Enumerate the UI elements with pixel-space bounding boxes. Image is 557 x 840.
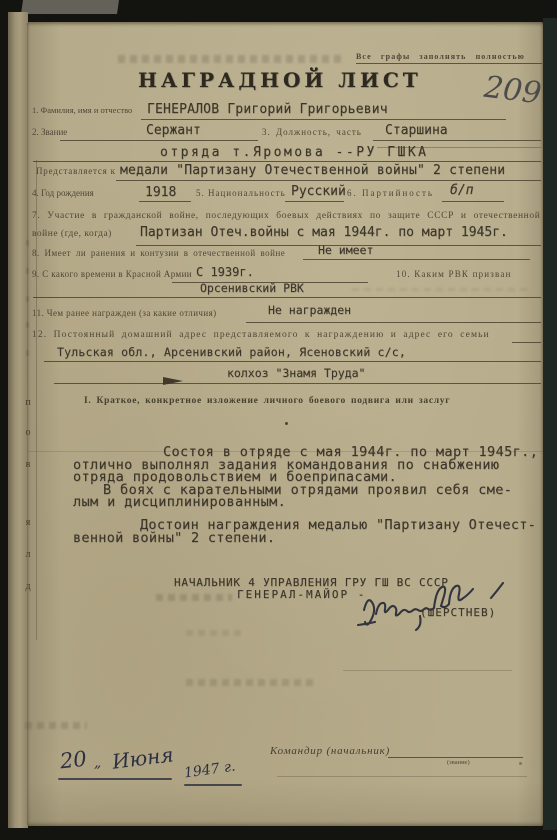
ink-underline <box>58 778 172 780</box>
field7-value: Партизан Отеч.войны с мая 1944г. по март… <box>140 226 508 239</box>
margin-mark <box>26 268 29 274</box>
faint-line <box>343 670 512 671</box>
field8-label: 8. Имеет ли ранения и контузии в отечест… <box>32 249 285 258</box>
field9-value: С 1939г. <box>196 266 254 278</box>
field12-value-1: Тульская обл., Арсенивский район, Ясенов… <box>57 347 406 359</box>
underline <box>33 161 541 162</box>
rank-hint: (звание) <box>447 760 470 767</box>
margin-letter: о <box>20 427 36 438</box>
page-number-handwritten: 209 <box>482 73 542 110</box>
document-title: НАГРАДНОЙ ЛИСТ <box>138 70 422 90</box>
field12-value-2: колхоз "Знамя Труда" <box>227 368 365 380</box>
field2-value: Сержант <box>146 124 201 137</box>
page-corner-under <box>21 0 119 14</box>
underline <box>303 259 530 260</box>
field1-label: 1. Фамилия, имя и отчество <box>32 106 132 115</box>
field5-value: Русский <box>291 185 346 198</box>
present-label: Представляется к <box>36 167 116 176</box>
page-edge-left <box>8 12 28 828</box>
commander-label: Командир (начальник) <box>270 746 390 757</box>
present-value: медали "Партизану Отечественной войны" 2… <box>120 164 505 177</box>
underline <box>116 180 541 181</box>
field1-value: ГЕНЕРАЛОВ Григорий Григорьевич <box>147 103 388 116</box>
field10-value: Орсенивский РВК <box>200 283 304 295</box>
underline <box>141 119 506 120</box>
approval-surname: (ШЕРСТНЕВ) <box>420 607 496 618</box>
section1-heading: I. Краткое, конкретное изложение личного… <box>84 397 450 407</box>
approval-line2: ГЕНЕРАЛ-МАЙОР - <box>237 589 366 600</box>
underline <box>60 140 258 141</box>
margin-letter: в <box>20 459 36 470</box>
ink-dot <box>519 762 522 765</box>
date-separator: „ <box>94 756 101 770</box>
underline <box>356 63 542 64</box>
field11-value: Не награжден <box>268 305 351 317</box>
underline <box>388 757 523 758</box>
margin-mark <box>26 322 29 328</box>
faint-marks <box>352 288 530 291</box>
field2-label: 2. Звание <box>32 128 67 137</box>
field3-value-cont: отряда т.Яромова --РУ ГШКА <box>160 146 429 159</box>
field4-value: 1918 <box>145 186 176 199</box>
scanned-document-photo: Все графы заполнять полностью НАГРАДНОЙ … <box>0 0 557 840</box>
field3-value: Старшина <box>385 124 448 137</box>
conclusion-line: венной войны" 2 степени. <box>73 532 275 546</box>
field4-label: 4. Год рождения <box>32 189 94 198</box>
underline <box>246 322 541 323</box>
field12-label: 12. Постоянный домашний адрес представля… <box>32 331 490 341</box>
margin-mark <box>26 296 29 302</box>
faint-line <box>277 776 527 777</box>
ink-underline <box>184 784 242 786</box>
underline <box>442 201 504 202</box>
field8-value: Не имеет <box>318 245 373 257</box>
margin-mark <box>26 240 29 246</box>
field6-value: б/п <box>450 184 473 197</box>
underline <box>139 201 191 202</box>
underline <box>285 201 344 202</box>
faint-note <box>186 679 318 686</box>
margin-letter: п <box>20 397 36 408</box>
underline <box>44 361 541 362</box>
field6-label: 6. Партийность <box>347 189 434 198</box>
faint-marks <box>186 630 244 636</box>
field10-label: 10. Каким РВК призван <box>396 270 512 279</box>
underline <box>54 383 541 384</box>
margin-mark <box>26 350 29 356</box>
faint-stamp <box>156 594 232 601</box>
margin-letter: л <box>20 549 36 560</box>
underline <box>373 140 541 141</box>
date-day-handwritten: 20 <box>59 749 88 773</box>
field3-label: 3. Должность, часть <box>262 128 362 137</box>
field7-label-2: войне (где, когда) <box>32 230 112 240</box>
fill-note: Все графы заполнять полностью <box>356 53 525 61</box>
faint-marks <box>25 722 87 729</box>
field9-label: 9. С какого времени в Красной Армии <box>32 270 192 279</box>
field5-label: 5. Национальность <box>196 189 286 198</box>
ink-dot <box>285 422 288 425</box>
margin-letter: я <box>20 517 36 528</box>
field7-label-1: 7. Участие в гражданской войне, последую… <box>32 212 540 222</box>
story-line: лым и дисциплинированным. <box>73 496 286 510</box>
underline <box>512 342 541 343</box>
underline <box>33 297 541 298</box>
ghost-stamp-smudge <box>118 55 346 63</box>
signature-handwritten <box>350 576 515 631</box>
field11-label: 11. Чем ранее награжден (за какие отличи… <box>32 309 217 318</box>
margin-letter: д <box>20 581 36 592</box>
book-spine-strip <box>543 18 557 830</box>
